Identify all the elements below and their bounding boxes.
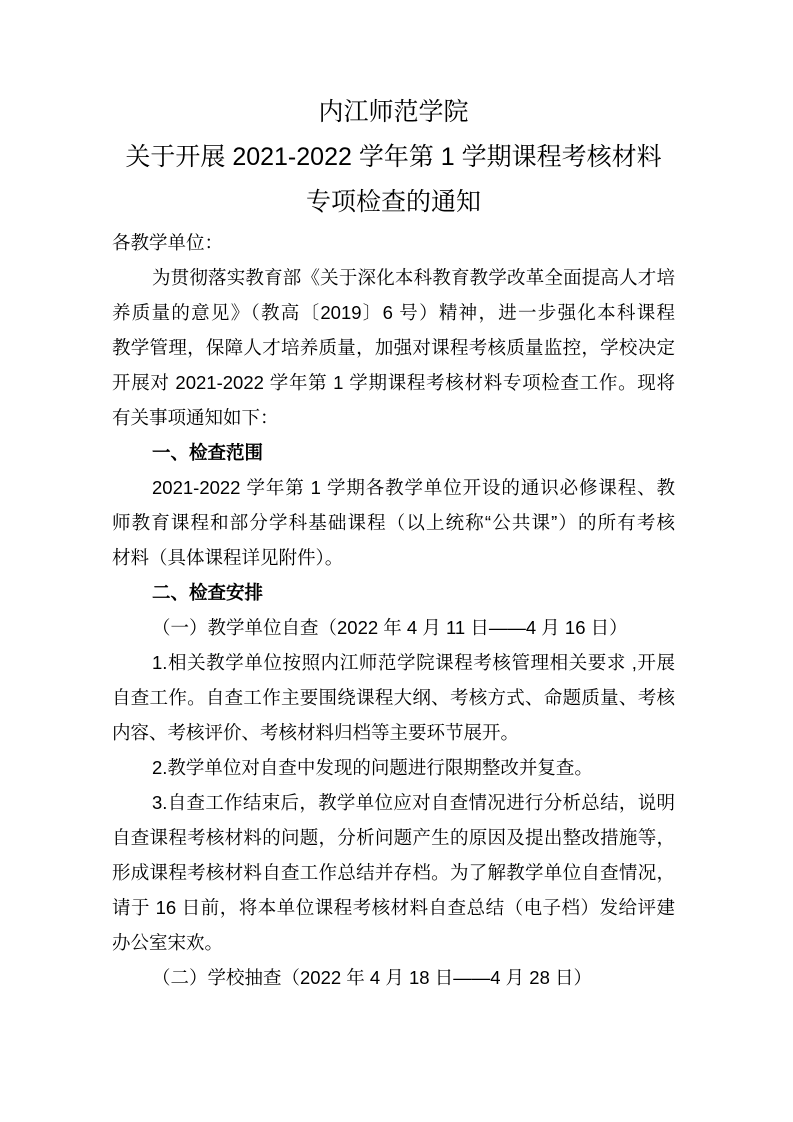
body-line: 自查课程考核材料的问题，分析问题产生的原因及提出整改措施等， bbox=[112, 820, 675, 855]
body-line: 各教学单位： bbox=[112, 225, 675, 260]
body-line: 办公室宋欢。 bbox=[112, 925, 675, 960]
body-line: 请于 16 日前，将本单位课程考核材料自查总结（电子档）发给评建 bbox=[112, 890, 675, 925]
body-line: （二）学校抽查（2022 年 4 月 18 日——4 月 28 日） bbox=[112, 960, 675, 995]
document-body: 各教学单位：为贯彻落实教育部《关于深化本科教育教学改革全面提高人才培养质量的意见… bbox=[112, 225, 675, 995]
document-page: 内江师范学院 关于开展 2021-2022 学年第 1 学期课程考核材料 专项检… bbox=[0, 0, 793, 1122]
document-title: 内江师范学院 关于开展 2021-2022 学年第 1 学期课程考核材料 专项检… bbox=[112, 90, 675, 225]
document-title-line-3: 专项检查的通知 bbox=[112, 180, 675, 225]
body-line: 2.教学单位对自查中发现的问题进行限期整改并复查。 bbox=[112, 750, 675, 785]
document-title-line-2: 关于开展 2021-2022 学年第 1 学期课程考核材料 bbox=[112, 135, 675, 180]
body-line: 为贯彻落实教育部《关于深化本科教育教学改革全面提高人才培 bbox=[112, 260, 675, 295]
body-line: 有关事项通知如下： bbox=[112, 400, 675, 435]
body-line: 内容、考核评价、考核材料归档等主要环节展开。 bbox=[112, 715, 675, 750]
body-line: 开展对 2021-2022 学年第 1 学期课程考核材料专项检查工作。现将 bbox=[112, 365, 675, 400]
document-content: 内江师范学院 关于开展 2021-2022 学年第 1 学期课程考核材料 专项检… bbox=[112, 90, 675, 995]
section-heading: 一、检查范围 bbox=[112, 435, 675, 470]
body-line: 自查工作。自查工作主要围绕课程大纲、考核方式、命题质量、考核 bbox=[112, 680, 675, 715]
body-line: 形成课程考核材料自查工作总结并存档。为了解教学单位自查情况， bbox=[112, 855, 675, 890]
body-line: （一）教学单位自查（2022 年 4 月 11 日——4 月 16 日） bbox=[112, 610, 675, 645]
body-line: 材料（具体课程详见附件）。 bbox=[112, 540, 675, 575]
section-heading: 二、检查安排 bbox=[112, 575, 675, 610]
body-line: 3.自查工作结束后，教学单位应对自查情况进行分析总结，说明 bbox=[112, 785, 675, 820]
body-line: 教学管理，保障人才培养质量，加强对课程考核质量监控，学校决定 bbox=[112, 330, 675, 365]
body-line: 1.相关教学单位按照内江师范学院课程考核管理相关要求 ,开展 bbox=[112, 645, 675, 680]
document-title-line-1: 内江师范学院 bbox=[112, 90, 675, 135]
body-line: 养质量的意见》（教高〔2019〕6 号）精神，进一步强化本科课程 bbox=[112, 295, 675, 330]
body-line: 2021-2022 学年第 1 学期各教学单位开设的通识必修课程、教 bbox=[112, 470, 675, 505]
body-line: 师教育课程和部分学科基础课程（以上统称“公共课”）的所有考核 bbox=[112, 505, 675, 540]
